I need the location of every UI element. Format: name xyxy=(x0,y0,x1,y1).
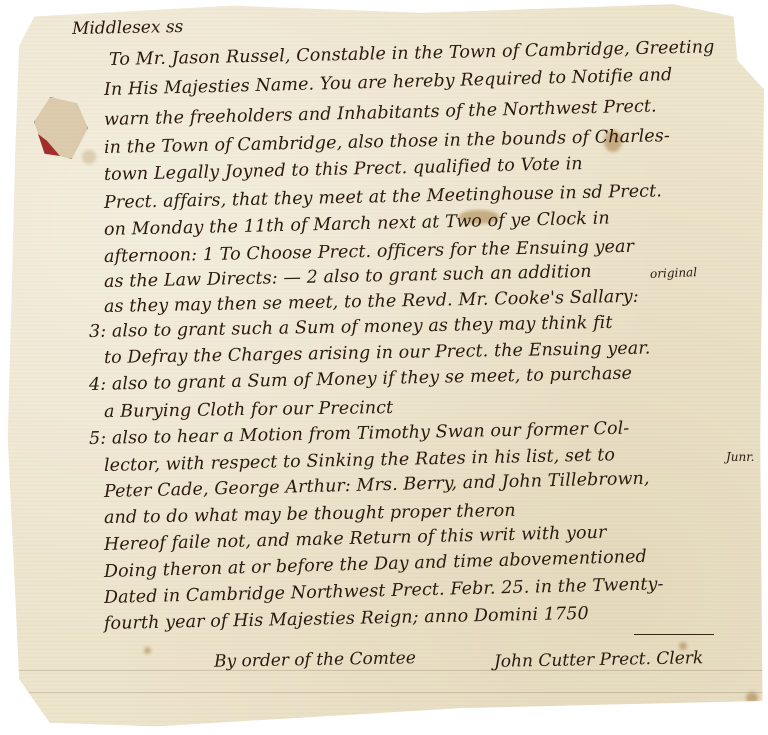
stain xyxy=(720,707,732,719)
text-line: in the Town of Cambridge, also those in … xyxy=(104,126,670,158)
text-line: fourth year of His Majesties Reign; anno… xyxy=(104,604,589,634)
stain xyxy=(82,150,96,164)
text-line: as they may then se meet, to the Revd. M… xyxy=(104,287,639,317)
text-line: 4: also to grant a Sum of Money if they … xyxy=(89,364,632,395)
text-line: and to do what may be thought proper the… xyxy=(104,501,516,528)
clerk-signature: John Cutter Prect. Clerk xyxy=(494,648,704,672)
interlinear-note: original xyxy=(650,265,698,281)
county-heading: Middlesex ss xyxy=(72,17,184,39)
underline xyxy=(634,634,714,635)
seal-patch xyxy=(34,97,88,159)
fold-crease xyxy=(4,692,764,693)
text-line: town Legally Joyned to this Prect. quali… xyxy=(104,154,583,185)
text-line: To Mr. Jason Russel, Constable in the To… xyxy=(109,37,715,70)
text-line: warn the freeholders and Inhabitants of … xyxy=(104,96,657,130)
stain xyxy=(144,647,151,654)
fold-crease xyxy=(4,670,764,671)
stain xyxy=(746,692,758,704)
manuscript-page: Middlesex ss To Mr. Jason Russel, Consta… xyxy=(4,2,764,730)
text-line: 5: also to hear a Motion from Timothy Sw… xyxy=(89,419,630,449)
text-line: on Monday the 11th of March next at Two … xyxy=(104,209,610,240)
text-line: In His Majesties Name. You are hereby Re… xyxy=(104,65,673,100)
text-line: as the Law Directs: — 2 also to grant su… xyxy=(104,262,592,292)
text-line: to Defray the Charges arising in our Pre… xyxy=(104,338,651,368)
interlinear-note: Junr. xyxy=(726,450,755,464)
text-line: a Burying Cloth for our Precinct xyxy=(104,398,394,422)
text-line: 3: also to grant such a Sum of money as … xyxy=(89,313,613,342)
by-order-line: By order of the Comtee xyxy=(214,648,416,672)
